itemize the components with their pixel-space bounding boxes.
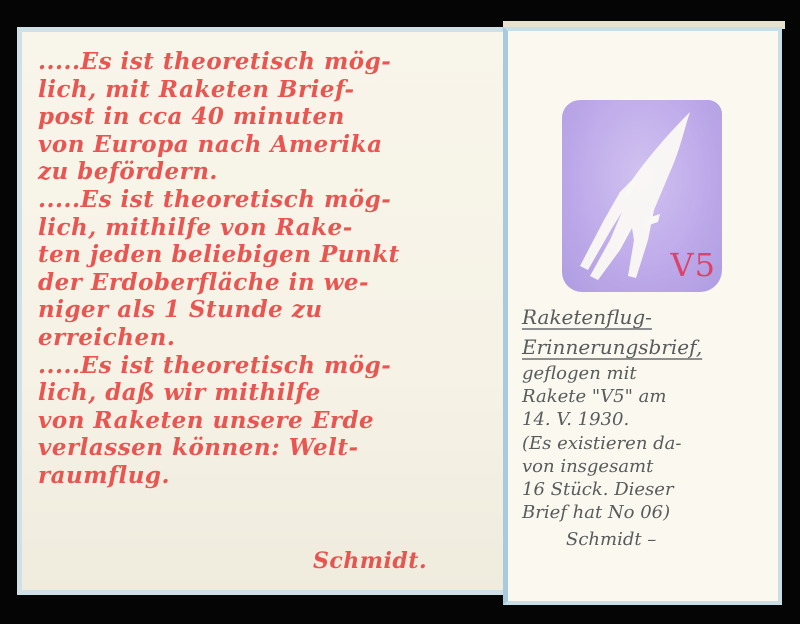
note-line: 14. V. 1930. <box>522 408 782 431</box>
letter-line: erreichen. <box>38 324 493 352</box>
letter-line: lich, mit Raketen Brief- <box>38 76 493 104</box>
letter-line: verlassen können: Welt- <box>38 434 493 462</box>
letter-line: lich, daß wir mithilfe <box>38 379 493 407</box>
letter-line: .....Es ist theoretisch mög- <box>38 186 493 214</box>
letter-line: .....Es ist theoretisch mög- <box>38 48 493 76</box>
letter-line: zu befördern. <box>38 158 493 186</box>
letter-line: .....Es ist theoretisch mög- <box>38 352 493 380</box>
note-line: 16 Stück. Dieser <box>522 478 782 501</box>
letter-line: ten jeden beliebigen Punkt <box>38 241 493 269</box>
letter-line: post in cca 40 minuten <box>38 103 493 131</box>
letter-line: der Erdoberfläche in we- <box>38 269 493 297</box>
handwritten-note: Raketenflug- Erinnerungsbrief, geflogen … <box>522 302 782 552</box>
letter-line: niger als 1 Stunde zu <box>38 296 493 324</box>
note-line: Rakete "V5" am <box>522 385 782 408</box>
note-line: Brief hat No 06) <box>522 501 782 524</box>
note-line: von insgesamt <box>522 455 782 478</box>
stamp-label: V5 <box>671 246 716 284</box>
letter-line: lich, mithilfe von Rake- <box>38 214 493 242</box>
handwritten-letter: .....Es ist theoretisch mög- lich, mit R… <box>38 48 493 490</box>
note-line: geflogen mit <box>522 362 782 385</box>
letter-signature: Schmidt. <box>313 548 427 576</box>
note-title-line: Erinnerungsbrief, <box>522 332 782 362</box>
letter-line: von Raketen unsere Erde <box>38 407 493 435</box>
note-title-line: Raketenflug- <box>522 302 782 332</box>
rocket-stamp: V5 <box>562 100 722 292</box>
letter-line: raumflug. <box>38 462 493 490</box>
letter-line: von Europa nach Amerika <box>38 131 493 159</box>
note-signature: Schmidt – <box>522 528 782 551</box>
note-line: (Es existieren da- <box>522 432 782 455</box>
